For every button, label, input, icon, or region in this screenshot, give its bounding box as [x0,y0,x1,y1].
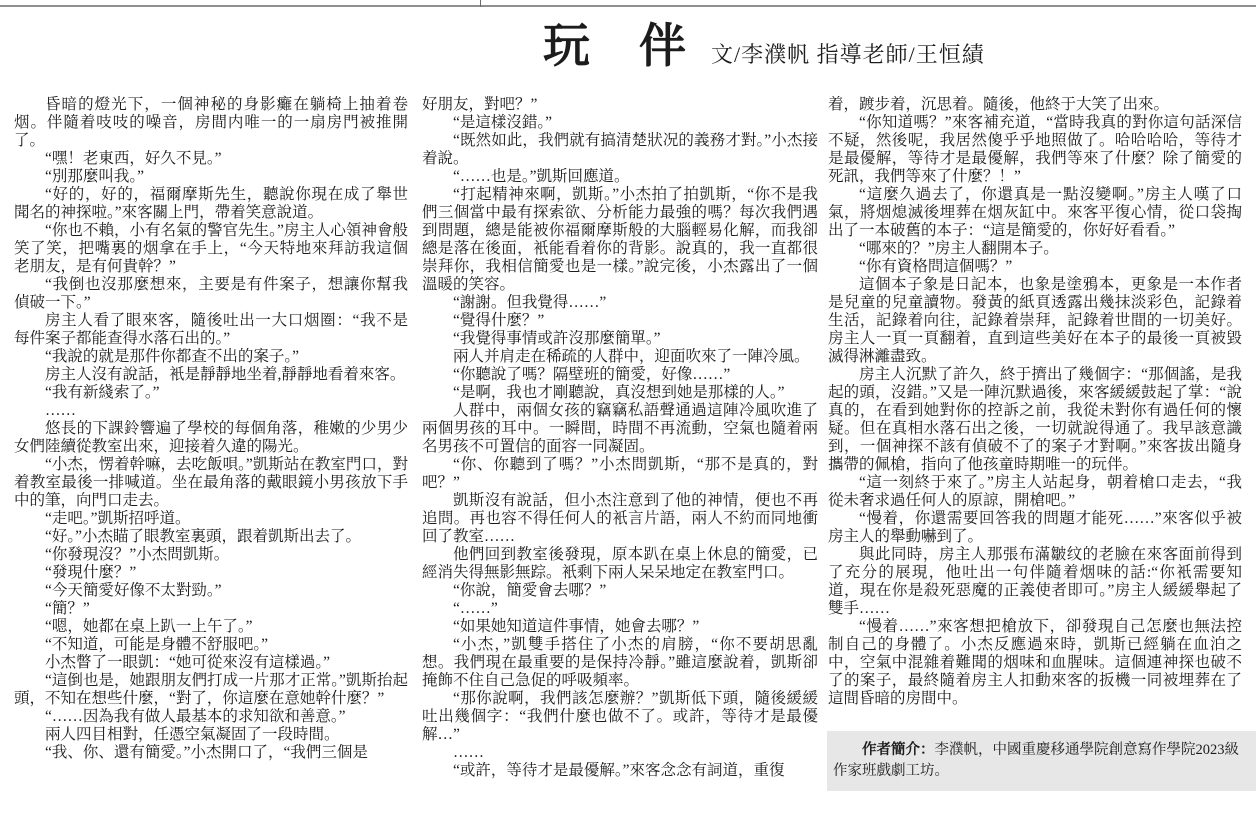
paragraph: “你知道嗎？”來客補充道，“當時我真的對你這句話深信不疑，然後呢，我居然傻乎乎地… [828,114,1242,186]
paragraph: “小杰，愣着幹嘛，去吃飯唄。”凱斯站在教室門口，對着教室最後一排喊道。坐在最角落… [14,456,408,510]
paragraph: “我說的就是那件你都查不出的案子。” [14,348,408,366]
author-bio-box: 作者簡介：李濮帆，中國重慶移通學院創意寫作學院2023級作家班戲劇工坊。 [827,731,1256,791]
paragraph: “你、你聽到了嗎？”小杰問凱斯，“那不是真的，對吧？” [422,456,818,492]
paragraph: “你有資格問這個嗎？” [828,258,1242,276]
paragraph: “嘿！老東西，好久不見。” [14,150,408,168]
paragraph: “走吧。”凱斯招呼道。 [14,510,408,528]
paragraph: “好的，好的，福爾摩斯先生，聽說你現在成了舉世聞名的神探啦。”來客關上門，帶着笑… [14,186,408,222]
paragraph: 這個本子象是日記本，也象是塗鴉本，更象是一本作者是兒童的兒童讀物。發黃的紙頁透露… [828,276,1242,366]
paragraph: 着，踱步着，沉思着。隨後，他終于大笑了出來。 [828,96,1242,114]
paragraph: 凱斯沒有說話，但小杰注意到了他的神情，便也不再追問。再也容不得任何人的衹言片語，… [422,492,818,546]
author-bio: 作者簡介：李濮帆，中國重慶移通學院創意寫作學院2023級作家班戲劇工坊。 [833,740,1244,782]
paragraph: “這麼久過去了，你還真是一點沒變啊。”房主人嘆了口氣，將烟熄滅後埋葬在烟灰缸中。… [828,186,1242,240]
paragraph: 人群中，兩個女孩的竊竊私語聲通過這陣冷風吹進了兩個男孩的耳中。一瞬間，時間不再流… [422,402,818,456]
paragraph: “好。”小杰瞄了眼教室裏頭，跟着凱斯出去了。 [14,528,408,546]
text-column-2: 好朋友，對吧？”“是這樣沒錯。”“既然如此，我們就有搞清楚狀况的義務才對。”小杰… [422,96,818,780]
paragraph: “你說，簡愛會去哪？” [422,582,818,600]
text-column-1: 昏暗的燈光下，一個神秘的身影癱在躺椅上抽着卷烟。伴隨着吱吱的噪音，房間内唯一的一… [14,96,408,762]
paragraph: “……因為我有做人最基本的求知欲和善意。” [14,708,408,726]
paragraph: “我、你、還有簡愛。”小杰開口了，“我們三個是 [14,744,408,762]
paragraph: …… [14,402,408,420]
paragraph: “慢着……”來客想把槍放下，卻發現自己怎麼也無法控制自己的身體了。小杰反應過來時… [828,618,1242,708]
paragraph: 好朋友，對吧？” [422,96,818,114]
paragraph: “你發現沒？”小杰問凱斯。 [14,546,408,564]
paragraph: “謝謝。但我覺得……” [422,294,818,312]
paragraph: “小杰，”凱雙手搭住了小杰的肩膀，“你不要胡思亂想。我們現在最重要的是保持冷靜。… [422,636,818,690]
paragraph: “今天簡愛好像不太對勁。” [14,582,408,600]
paragraph: “……也是。”凱斯回應道。 [422,168,818,186]
paragraph: “……” [422,600,818,618]
paragraph: 小杰瞥了一眼凱：“她可從來沒有這樣過。” [14,654,408,672]
paragraph: “既然如此，我們就有搞清楚狀况的義務才對。”小杰接着說。 [422,132,818,168]
paragraph: “你也不賴，小有名氣的警官先生。”房主人心領神會般笑了笑，把嘴裏的烟拿在手上，“… [14,222,408,276]
paragraph: “如果她知道這件事情，她會去哪？” [422,618,818,636]
author-bio-label: 作者簡介： [862,742,935,758]
paragraph: “我覺得事情或許沒那麼簡單。” [422,330,818,348]
paragraph: 兩人四目相對，任憑空氣凝固了一段時間。 [14,726,408,744]
paragraph: 與此同時，房主人那張布滿皺纹的老臉在來客面前得到了充分的展現，他吐出一句伴隨着烟… [828,546,1242,618]
paragraph: “我倒也沒那麼想來，主要是有件案子，想讓你幫我偵破一下。” [14,276,408,312]
paragraph: …… [422,744,818,762]
paragraph: “打起精神來啊，凱斯。”小杰拍了拍凱斯，“你不是我們三個當中最有探索欲、分析能力… [422,186,818,294]
paragraph: “你聽說了嗎？隔壁班的簡愛，好像……” [422,366,818,384]
paragraph: “是啊，我也才剛聽說，真沒想到她是那樣的人。” [422,384,818,402]
paragraph: “別那麼叫我。” [14,168,408,186]
paragraph: “不知道，可能是身體不舒服吧。” [14,636,408,654]
paragraph: “簡？” [14,600,408,618]
byline: 文/李濮帆 指導老師/王恒績 [711,38,985,69]
header-divider-tick [480,0,481,7]
paragraph: “覺得什麼？” [422,312,818,330]
paragraph: “或許，等待才是最優解。”來客念念有詞道，重復 [422,762,818,780]
paragraph: “是這樣沒錯。” [422,114,818,132]
page-title: 玩 伴 [543,22,687,74]
paragraph: “嗯，她都在桌上趴一上午了。” [14,618,408,636]
paragraph: 房主人沒有說話，衹是靜靜地坐着,靜靜地看着來客。 [14,366,408,384]
paragraph: 房主人看了眼來客，隨後吐出一大口烟圈：“我不是每件案子都能查得水落石出的。” [14,312,408,348]
paragraph: “我有新綫索了。” [14,384,408,402]
paragraph: “哪來的？”房主人翻開本子。 [828,240,1242,258]
top-rule [0,5,1256,7]
text-column-3: 着，踱步着，沉思着。隨後，他終于大笑了出來。“你知道嗎？”來客補充道，“當時我真… [828,96,1242,708]
paragraph: 房主人沉默了許久，終于擠出了幾個字：“那個謠，是我起的頭，沒錯。”又是一陣沉默過… [828,366,1242,474]
newspaper-page: 玩 伴 文/李濮帆 指導老師/王恒績 昏暗的燈光下，一個神秘的身影癱在躺椅上抽着… [0,0,1256,826]
article-header: 玩 伴 文/李濮帆 指導老師/王恒績 [543,22,985,74]
paragraph: 昏暗的燈光下，一個神秘的身影癱在躺椅上抽着卷烟。伴隨着吱吱的噪音，房間内唯一的一… [14,96,408,150]
paragraph: 兩人并肩走在稀疏的人群中，迎面吹來了一陣冷風。 [422,348,818,366]
paragraph: “那你說啊，我們該怎麼辦？”凱斯低下頭，隨後緩緩吐出幾個字：“我們什麼也做不了。… [422,690,818,744]
paragraph: “這一刻終于來了。”房主人站起身，朝着槍口走去，“我從未奢求過任何人的原諒，開槍… [828,474,1242,510]
paragraph: “慢着，你還需要回答我的問題才能死……”來客似乎被房主人的舉動嚇到了。 [828,510,1242,546]
paragraph: 悠長的下課鈴響遍了學校的每個角落，稚嫩的少男少女們陸續從教室出來，迎接着久違的陽… [14,420,408,456]
paragraph: “發現什麼？” [14,564,408,582]
paragraph: 他們回到教室後發現，原本趴在桌上休息的簡愛，已經消失得無影無踪。衹剩下兩人呆呆地… [422,546,818,582]
paragraph: “這倒也是，她跟朋友們打成一片那才正常。”凱斯抬起頭，不知在想些什麼，“對了，你… [14,672,408,708]
